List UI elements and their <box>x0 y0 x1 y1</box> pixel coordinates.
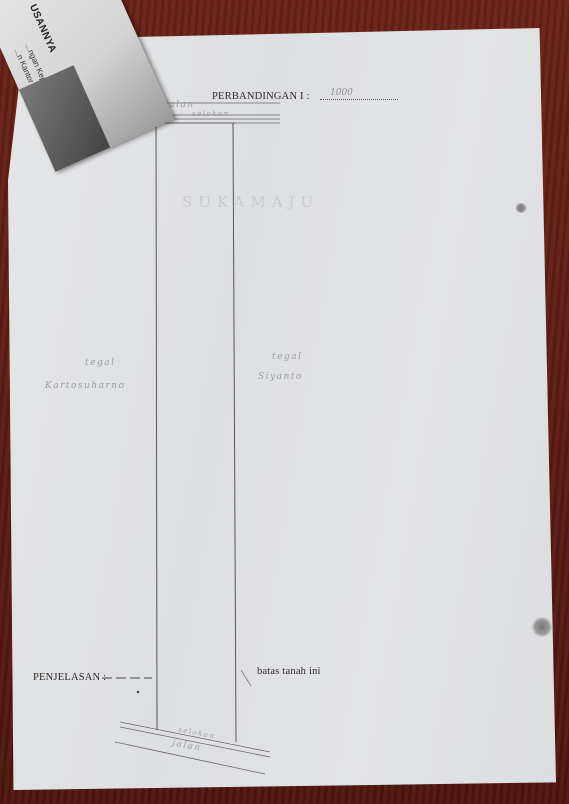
east-land-type: tegal <box>272 352 302 362</box>
legend-label: PENJELASAN : <box>33 672 106 683</box>
stain-spot <box>532 617 552 637</box>
scale-underline <box>320 99 398 100</box>
west-land-type: tegal <box>85 358 115 368</box>
parcel-west-boundary <box>156 123 157 730</box>
west-owner-name: Kartosuharno <box>45 381 126 391</box>
top-ditch-label: selokan <box>192 110 230 118</box>
scale-value: 1000 <box>330 88 353 98</box>
ink-spot <box>515 203 527 213</box>
boundary-pointer <box>241 670 251 686</box>
scale-label: PERBANDINGAN I : <box>212 91 310 102</box>
parcel-east-boundary <box>233 123 236 742</box>
faded-stamp: SUKAMAJU <box>182 193 319 211</box>
dot-mark <box>137 691 139 693</box>
east-owner-name: Siyanto <box>258 372 303 382</box>
boundary-note: batas tanah ini <box>257 666 321 677</box>
